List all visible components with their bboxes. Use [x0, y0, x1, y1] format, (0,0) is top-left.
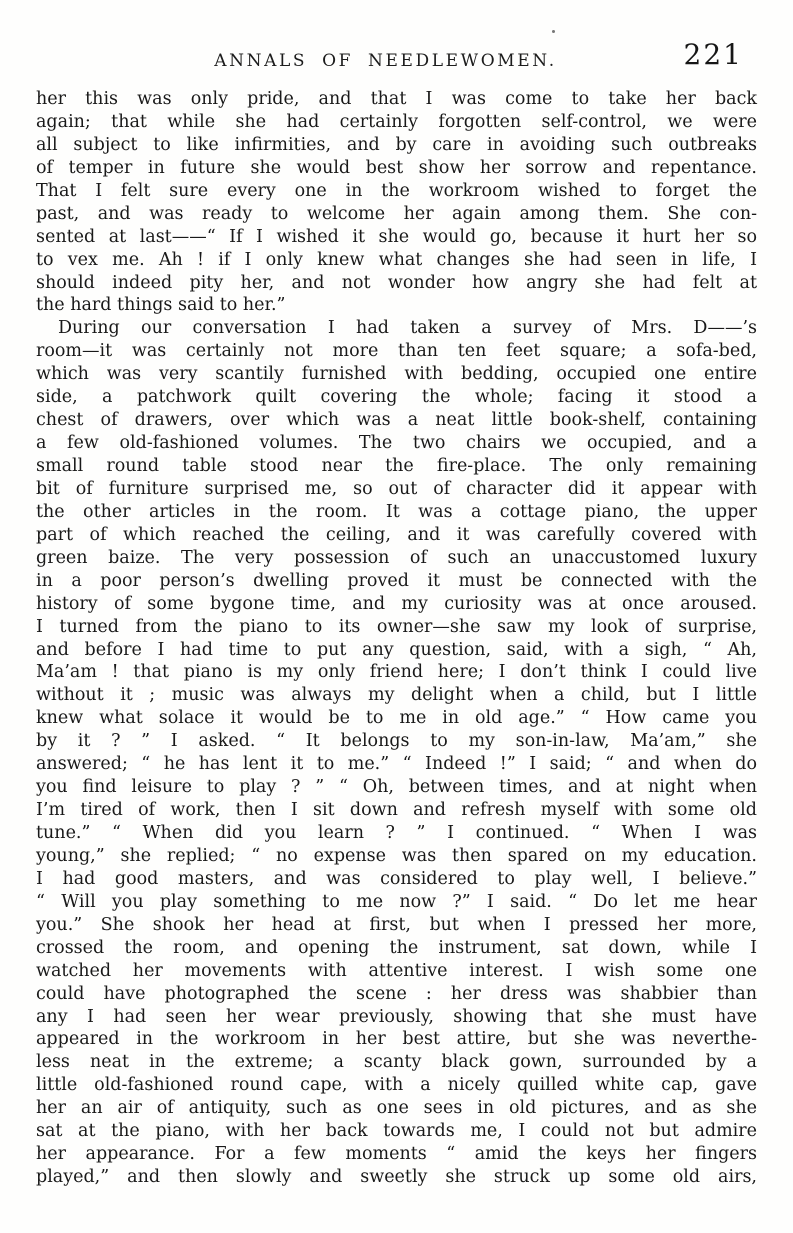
text-line: her appearance. For a few moments “ amid… — [36, 1143, 757, 1166]
text-line: part of which reached the ceiling, and i… — [36, 524, 757, 547]
text-line: a few old-fashioned volumes. The two cha… — [36, 432, 757, 455]
page-number: 221 — [684, 38, 743, 71]
text-line: her an air of antiquity, such as one see… — [36, 1097, 757, 1120]
text-line: could have photographed the scene : her … — [36, 983, 757, 1006]
text-line: bit of furniture surprised me, so out of… — [36, 478, 757, 501]
text-line: “ Will you play something to me now ?” I… — [36, 891, 757, 914]
text-line: to vex me. Ah ! if I only knew what chan… — [36, 249, 757, 272]
page-header: ANNALS OF NEEDLEWOMEN. 221 — [36, 40, 757, 80]
text-line: crossed the room, and opening the instru… — [36, 937, 757, 960]
text-line: tune.” “ When did you learn ? ” I contin… — [36, 822, 757, 845]
text-line: answered; “ he has lent it to me.” “ Ind… — [36, 753, 757, 776]
text-line: you find leisure to play ? ” “ Oh, betwe… — [36, 776, 757, 799]
text-line: That I felt sure every one in the workro… — [36, 180, 757, 203]
text-line: watched her movements with attentive int… — [36, 960, 757, 983]
text-line: knew what solace it would be to me in ol… — [36, 707, 757, 730]
text-line: room—it was certainly not more than ten … — [36, 340, 757, 363]
text-line: again; that while she had certainly forg… — [36, 111, 757, 134]
text-line: should indeed pity her, and not wonder h… — [36, 272, 757, 295]
text-line: history of some bygone time, and my curi… — [36, 593, 757, 616]
text-line: green baize. The very possession of such… — [36, 547, 757, 570]
text-line: I had good masters, and was considered t… — [36, 868, 757, 891]
text-line: by it ? ” I asked. “ It belongs to my so… — [36, 730, 757, 753]
text-line: the other articles in the room. It was a… — [36, 501, 757, 524]
text-line: all subject to like infirmities, and by … — [36, 134, 757, 157]
running-header: ANNALS OF NEEDLEWOMEN. — [36, 51, 735, 71]
text-line: Ma’am ! that piano is my only friend her… — [36, 661, 757, 684]
text-line: little old-fashioned round cape, with a … — [36, 1074, 757, 1097]
text-line: sented at last——“ If I wished it she wou… — [36, 226, 757, 249]
text-line: small round table stood near the fire-pl… — [36, 455, 757, 478]
text-line: her this was only pride, and that I was … — [36, 88, 757, 111]
text-line: of temper in future she would best show … — [36, 157, 757, 180]
text-line: without it ; music was always my delight… — [36, 684, 757, 707]
text-line: I’m tired of work, then I sit down and r… — [36, 799, 757, 822]
text-line: During our conversation I had taken a su… — [36, 317, 757, 340]
text-line: in a poor person’s dwelling proved it mu… — [36, 570, 757, 593]
text-line: less neat in the extreme; a scanty black… — [36, 1051, 757, 1074]
scan-speck — [552, 30, 555, 33]
text-line: side, a patchwork quilt covering the who… — [36, 386, 757, 409]
text-line: played,” and then slowly and sweetly she… — [36, 1166, 757, 1189]
text-line: I turned from the piano to its owner—she… — [36, 616, 757, 639]
book-page: ANNALS OF NEEDLEWOMEN. 221 her this was … — [0, 0, 793, 1233]
text-line: and before I had time to put any questio… — [36, 639, 757, 662]
text-line: past, and was ready to welcome her again… — [36, 203, 757, 226]
text-line: appeared in the workroom in her best att… — [36, 1028, 757, 1051]
text-line: the hard things said to her.” — [36, 294, 757, 317]
text-line: sat at the piano, with her back towards … — [36, 1120, 757, 1143]
text-line: chest of drawers, over which was a neat … — [36, 409, 757, 432]
text-line: which was very scantily furnished with b… — [36, 363, 757, 386]
text-line: any I had seen her wear previously, show… — [36, 1006, 757, 1029]
text-line: you.” She shook her head at first, but w… — [36, 914, 757, 937]
body-text: her this was only pride, and that I was … — [36, 88, 757, 1189]
text-line: young,” she replied; “ no expense was th… — [36, 845, 757, 868]
